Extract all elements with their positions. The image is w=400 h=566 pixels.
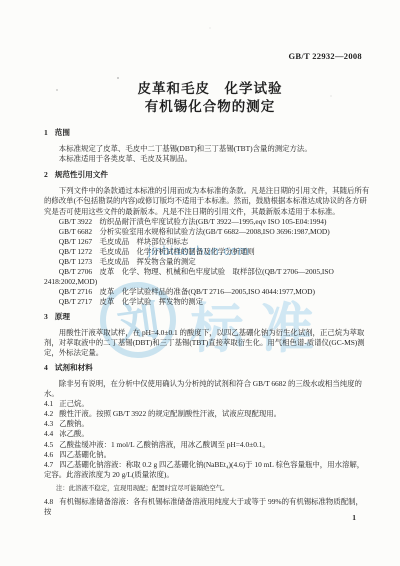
section-3-title: 原理 [55, 312, 70, 321]
reagent-note: 注：此溶液不稳定，宜现用现配；配置时宜尽可能隔绝空气。 [56, 484, 370, 493]
item-text: 四乙基硼化钠。 [59, 450, 111, 459]
reference-item: QB/T 2706 皮革 化学、物理、机械和色牢度试验 取样部位(QB/T 27… [44, 267, 370, 287]
reference-item: GB/T 6682 分析实验室用水规格和试验方法(GB/T 6682—2008,… [44, 227, 370, 237]
section-1-para-1: 本标准规定了皮革、毛皮中二丁基锡(DBT)和三丁基锡(TBT)含量的测定方法。 [44, 144, 370, 154]
item-number: 4.5 [44, 440, 53, 449]
reagent-item: 4.3乙酸钠。 [44, 419, 370, 429]
section-1-title: 范围 [55, 128, 70, 137]
item-text: 乙酸钠。 [59, 419, 89, 428]
section-4-title: 试剂和材料 [55, 363, 93, 372]
item-text: 乙酸盐缓冲液：1 mol/L 乙酸钠溶液，用冰乙酸调至 pH=4.0±0.1。 [59, 440, 270, 449]
item-text: 有机锡标准储备溶液：各有机锡标准储备溶液用纯度大于或等于 99%的有机锡标准物质… [44, 497, 363, 516]
reagent-item: 4.1正己烷。 [44, 399, 370, 409]
item-text: 酸性汗液。按照 GB/T 3922 的规定配制酸性汗液，试液应现配现用。 [59, 409, 281, 418]
doc-number: GB/T 22932—2008 [288, 51, 362, 61]
section-1-heading: 1范围 [44, 128, 370, 138]
item-text: 冰乙酸。 [59, 429, 89, 438]
item-number: 4.4 [44, 429, 53, 438]
section-4-intro: 除非另有说明，在分析中仅使用确认为分析纯的试剂和符合 GB/T 6682 的三级… [44, 379, 370, 399]
reagent-item: 4.7四乙基硼化钠溶液：称取 0.2 g 四乙基硼化钠(NaBEt₄)(4.6)… [44, 460, 370, 480]
section-1-para-2: 本标准适用于各类皮革、毛皮及其制品。 [44, 154, 370, 164]
reference-item: QB/T 1267 毛皮成品 样块部位和标志 [44, 237, 370, 247]
reference-item: QB/T 1272 毛皮成品 化学分析试样的制备及化学分析通则 [44, 247, 370, 257]
section-2-intro: 下列文件中的条款通过本标准的引用而成为本标准的条款。凡是注日期的引用文件，其随后… [44, 186, 370, 216]
section-4-number: 4 [44, 363, 48, 372]
reference-item: QB/T 1273 毛皮成品 挥发物含量的测定 [44, 257, 370, 267]
title-line-1: 皮革和毛皮 化学试验 [20, 80, 400, 98]
item-number: 4.3 [44, 419, 53, 428]
section-2-number: 2 [44, 170, 48, 179]
section-3-para: 用酸性汗液萃取试样，在 pH=4.0±0.1 的酸度下，以四乙基硼化钠为衍生化试… [44, 328, 370, 358]
item-number: 4.1 [44, 399, 53, 408]
section-2-title: 规范性引用文件 [55, 170, 108, 179]
document-title: 皮革和毛皮 化学试验 有机锡化合物的测定 [0, 80, 400, 116]
normative-references-list: GB/T 3922 纺织品耐汗渍色牢度试验方法(GB/T 3922—1995,e… [44, 217, 370, 308]
reference-item: QB/T 2716 皮革 化学试验样品的准备(QB/T 2716—2005,IS… [44, 287, 370, 297]
reference-item: GB/T 3922 纺织品耐汗渍色牢度试验方法(GB/T 3922—1995,e… [44, 217, 370, 227]
reagent-item: 4.5乙酸盐缓冲液：1 mol/L 乙酸钠溶液，用冰乙酸调至 pH=4.0±0.… [44, 440, 370, 450]
section-3-number: 3 [44, 312, 48, 321]
item-number: 4.6 [44, 450, 53, 459]
section-2-heading: 2规范性引用文件 [44, 170, 370, 180]
reagent-item: 4.8有机锡标准储备溶液：各有机锡标准储备溶液用纯度大于或等于 99%的有机锡标… [44, 497, 370, 517]
reference-item: QB/T 2717 皮革 化学试验 挥发物的测定 [44, 297, 370, 307]
item-number: 4.7 [44, 460, 53, 469]
reagent-item: 4.4冰乙酸。 [44, 429, 370, 439]
section-4-heading: 4试剂和材料 [44, 363, 370, 373]
document-body: 1范围 本标准规定了皮革、毛皮中二丁基锡(DBT)和三丁基锡(TBT)含量的测定… [44, 128, 370, 517]
section-1-number: 1 [44, 128, 48, 137]
title-line-2: 有机锡化合物的测定 [20, 98, 400, 116]
item-number: 4.8 [44, 497, 53, 506]
page-number: 1 [352, 513, 356, 522]
standard-document-page: jinbiaozhun.com 刘 标准 GB/T 22932—2008 皮革和… [0, 0, 400, 566]
item-text: 正己烷。 [59, 399, 89, 408]
reagent-item: 4.2酸性汗液。按照 GB/T 3922 的规定配制酸性汗液，试液应现配现用。 [44, 409, 370, 419]
reagent-item: 4.6四乙基硼化钠。 [44, 450, 370, 460]
item-number: 4.2 [44, 409, 53, 418]
item-text: 四乙基硼化钠溶液：称取 0.2 g 四乙基硼化钠(NaBEt₄)(4.6)于 1… [44, 460, 364, 479]
section-3-heading: 3原理 [44, 312, 370, 322]
